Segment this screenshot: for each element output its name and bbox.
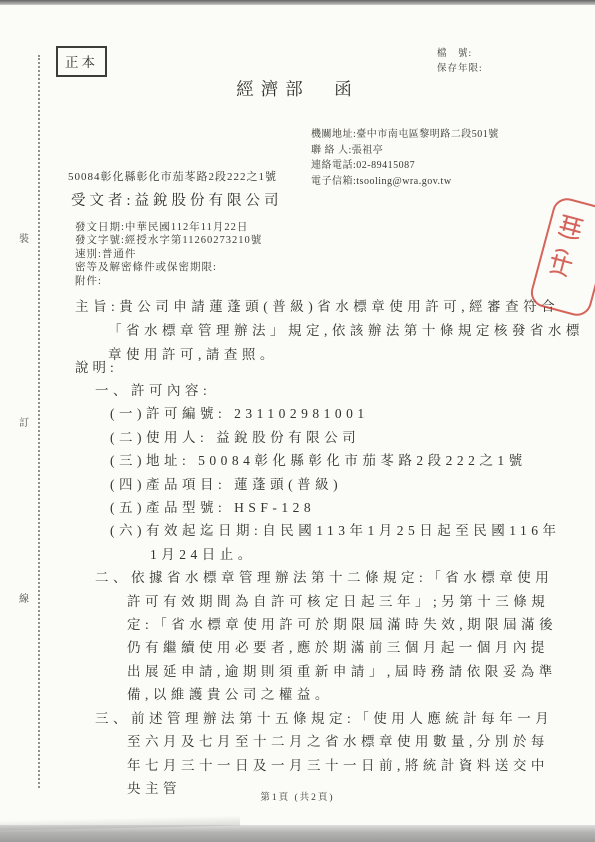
subject-paragraph: 主旨:貴公司申請蓮蓬頭(普級)省水標章使用許可,經審查符合「省水標章管理辦法」規… — [75, 295, 595, 367]
subitem-validity: (六)有效起迄日期:自民國113年1月25日起至民國116年1月24日止。 — [110, 519, 562, 566]
attachment: 附件: — [75, 275, 262, 288]
list-item-3: 三、前述管理辦法第十五條規定:「使用人應統計每年一月至六月及七月至十二月之省水標… — [95, 707, 562, 801]
item-1-text: 許可內容: — [131, 383, 211, 398]
item-3-number: 三、 — [95, 711, 131, 726]
issue-date: 發文日期:中華民國112年11月22日 — [75, 221, 262, 234]
subject-label: 主旨: — [75, 299, 119, 314]
page-number: 第1頁 (共2頁) — [0, 789, 595, 803]
item-1-subitems: (一)許可編號: 231102981001 (二)使用人: 益銳股份有限公司 (… — [110, 402, 562, 566]
item-1-number: 一、 — [95, 383, 131, 398]
retention-label: 保存年限: — [437, 62, 483, 77]
file-number-label: 檔 號: — [437, 47, 483, 62]
subitem-model: (五)產品型號: HSF-128 — [110, 496, 562, 519]
red-seal-strokes — [536, 206, 595, 303]
recipient-line: 受文者:益銳股份有限公司 — [71, 189, 283, 210]
security-class: 密等及解密條件或保密期限: — [75, 261, 262, 274]
speed-class: 速別:普通件 — [75, 248, 262, 261]
binding-label-ding: 訂 — [17, 418, 31, 430]
subitem-address: (三)地址: 50084彰化縣彰化市茄苳路2段222之1號 — [110, 449, 562, 472]
issue-number: 發文字號:經授水字第11260273210號 — [75, 234, 262, 247]
document-title: 經濟部 函 — [0, 76, 595, 101]
list-item-1: 一、許可內容: — [95, 379, 562, 402]
agency-contact-block: 機關地址:臺中市南屯區黎明路二段501號 聯 絡 人:張祖亭 連絡電話:02-8… — [311, 127, 499, 189]
agency-phone: 連絡電話:02-89415087 — [311, 158, 499, 174]
binding-label-zhuang: 裝 — [17, 234, 31, 246]
subitem-permit-number: (一)許可編號: 231102981001 — [110, 402, 562, 425]
red-seal-icon — [528, 195, 595, 319]
document-meta-block: 發文日期:中華民國112年11月22日 發文字號:經授水字第1126027321… — [75, 221, 262, 288]
subitem-product: (四)產品項目: 蓮蓬頭(普級) — [110, 473, 562, 496]
subject-text: 貴公司申請蓮蓬頭(普級)省水標章使用許可,經審查符合「省水標章管理辦法」規定,依… — [108, 299, 584, 362]
binding-label-xian: 線 — [17, 594, 31, 606]
agency-email: 電子信箱:tsooling@wra.gov.tw — [311, 174, 499, 190]
explanation-list: 一、許可內容: (一)許可編號: 231102981001 (二)使用人: 益銳… — [95, 379, 562, 800]
binding-dotted-line — [38, 55, 40, 788]
item-3-text: 前述管理辦法第十五條規定:「使用人應統計每年一月至六月及七月至十二月之省水標章使… — [127, 711, 553, 796]
recipient-zip-address: 50084彰化縣彰化市茄苳路2段222之1號 — [68, 168, 277, 184]
scanned-letter-page: { "header": { "copy_label": "正本", "file_… — [0, 0, 595, 842]
explanation-label: 說明: — [75, 356, 118, 376]
item-2-number: 二、 — [95, 570, 131, 585]
file-number-block: 檔 號: 保存年限: — [437, 47, 483, 77]
list-item-2: 二、依據省水標章管理辦法第十二條規定:「省水標章使用許可有效期間為自許可核定日起… — [95, 566, 562, 706]
agency-contact-person: 聯 絡 人:張祖亭 — [311, 143, 499, 159]
scan-edge-top — [0, 0, 595, 5]
item-2-text: 依據省水標章管理辦法第十二條規定:「省水標章使用許可有效期間為自許可核定日起三年… — [127, 570, 557, 702]
subitem-user: (二)使用人: 益銳股份有限公司 — [110, 426, 562, 449]
agency-address: 機關地址:臺中市南屯區黎明路二段501號 — [311, 127, 499, 143]
original-copy-stamp: 正本 — [56, 46, 107, 77]
